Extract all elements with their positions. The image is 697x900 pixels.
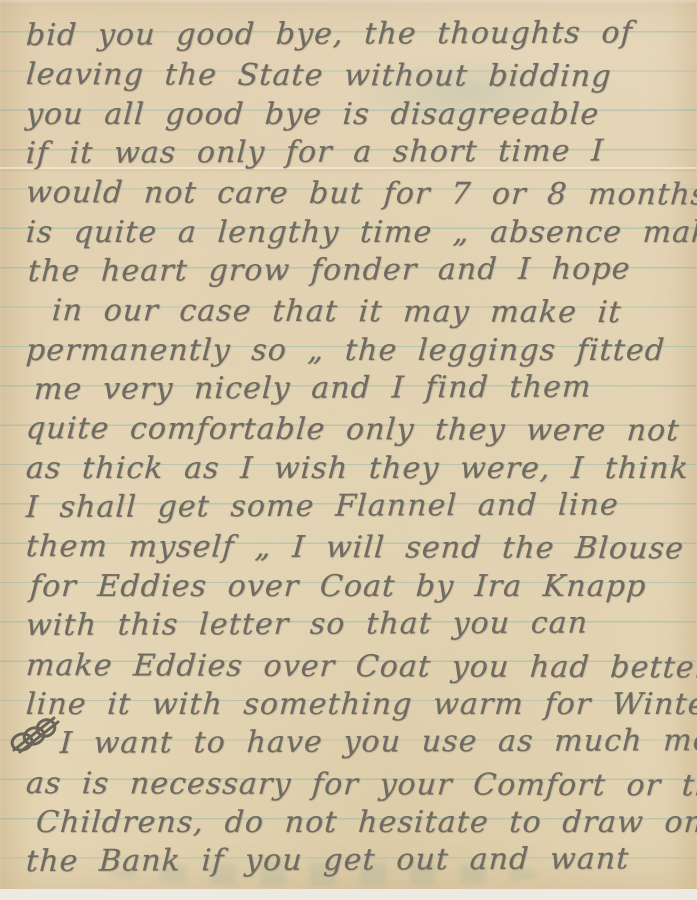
handwritten-line-15: for Eddies over Coat by Ira Knapp <box>25 567 694 606</box>
handwritten-line-7: the heart grow fonder and I hope <box>25 249 694 291</box>
handwritten-line-9: permanently so „ the leggings fitted <box>25 331 694 370</box>
handwritten-line-12: as thick as I wish they were, I think <box>25 449 694 488</box>
handwritten-line-13: I shall get some Flannel and line <box>25 485 694 527</box>
handwritten-line-8: in our case that it may make it <box>25 291 695 333</box>
letter-page: bid you good bye, the thoughts ofleaving… <box>0 0 697 889</box>
handwritten-line-4: if it was only for a short time I <box>25 131 694 173</box>
handwritten-line-11: quite comfortable only they were not <box>25 409 695 451</box>
scanned-letter: bid you good bye, the thoughts ofleaving… <box>0 0 697 900</box>
handwritten-line-18: line it with something warm for Winter, <box>25 685 694 724</box>
handwritten-line-1: bid you good bye, the thoughts of <box>25 13 694 55</box>
handwritten-line-16: with this letter so that you can <box>25 603 694 645</box>
handwritten-line-5: would not care but for 7 or 8 months <box>25 173 695 215</box>
letter-body: bid you good bye, the thoughts ofleaving… <box>26 16 693 882</box>
handwritten-line-2: leaving the State without bidding <box>25 55 695 97</box>
handwritten-line-17: make Eddies over Coat you had better <box>25 646 695 688</box>
handwritten-line-10: me very nicely and I find them <box>25 367 694 409</box>
handwritten-line-6: is quite a lengthy time „ absence makes <box>25 213 694 252</box>
handwritten-line-22: the Bank if you get out and want <box>25 839 694 881</box>
handwritten-line-3: you all good bye is disagreeable <box>25 95 694 134</box>
handwritten-line-21: Childrens, do not hesitate to draw on <box>25 803 694 842</box>
handwritten-line-14: them myself „ I will send the Blouse <box>25 527 695 569</box>
handwritten-line-19: I want to have you use as much money <box>25 721 694 763</box>
handwritten-line-20: as is necessary for your Comfort or the <box>25 764 695 806</box>
